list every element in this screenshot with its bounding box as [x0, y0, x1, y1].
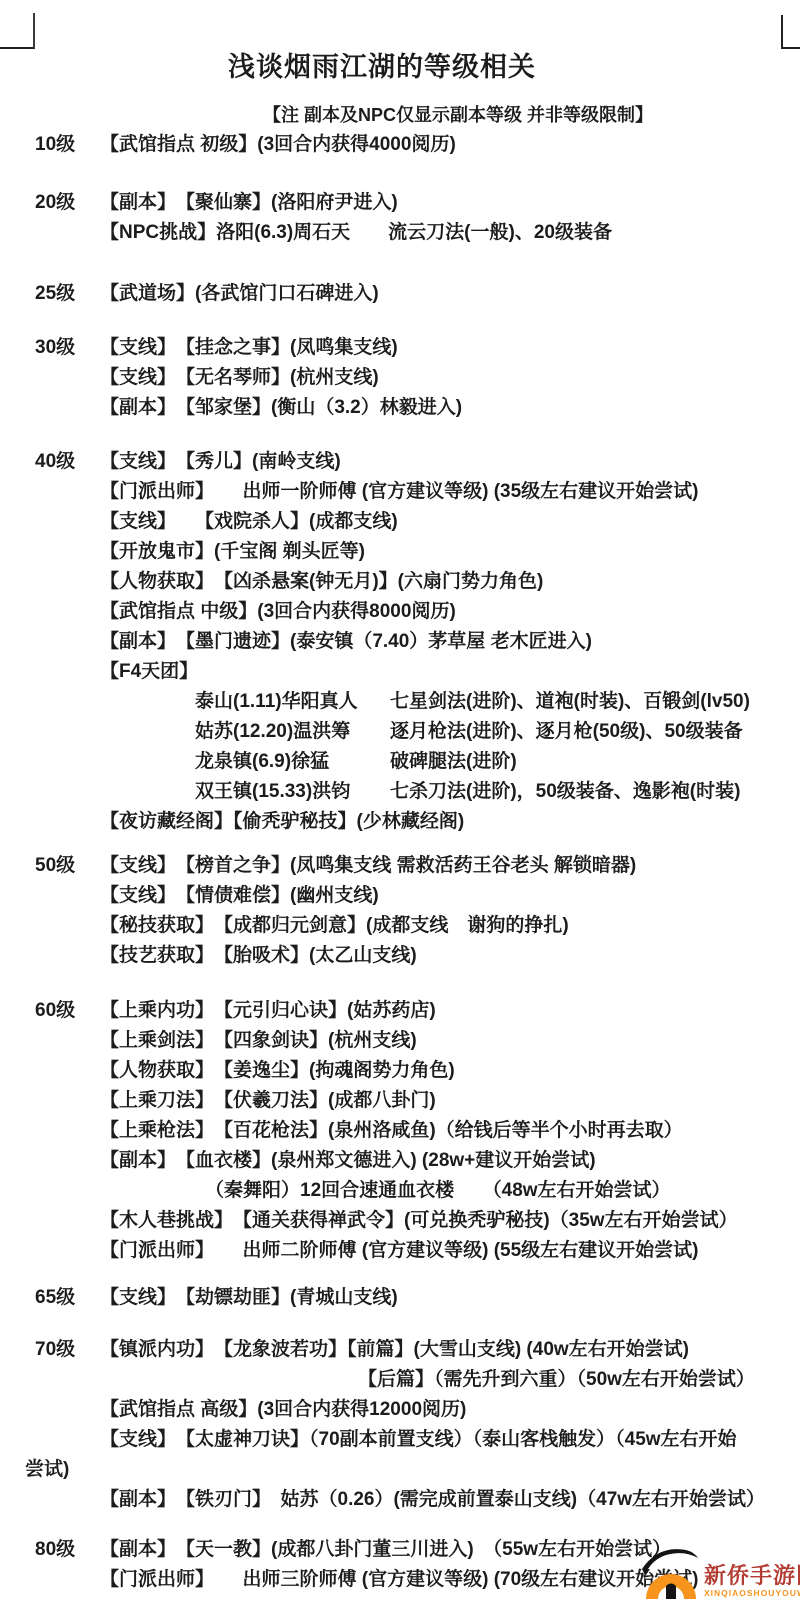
npc-rewards: 七星剑法(进阶)、道袍(时装)、百锻剑(lv50): [390, 691, 750, 712]
site-name-latin: XINQIAOSHOUYOUWANG: [704, 1588, 800, 1598]
entry-text: 【副本】 【血衣楼】(泉州郑文德进入) (28w+建议开始尝试): [100, 1146, 800, 1176]
level-section-30: 30级 【支线】 【挂念之事】(凤鸣集支线) 【支线】 【无名琴师】(杭州支线)…: [0, 333, 800, 423]
entry-row: 【门派出师】 出师二阶师傅 (官方建议等级) (55级左右建议开始尝试): [0, 1236, 800, 1266]
level-section-40: 40级 【支线】 【秀儿】(南岭支线) 【门派出师】 出师一阶师傅 (官方建议等…: [0, 447, 800, 837]
site-name: 新侨手游网: [704, 1564, 800, 1588]
entry-text: 【副本】 【邹家堡】(衡山（3.2）林毅进入): [100, 393, 800, 423]
level-section-20: 20级 【副本】 【聚仙寨】(洛阳府尹进入) 【NPC挑战】洛阳(6.3)周石天…: [0, 188, 800, 248]
entry-text: 【副本】 【铁刃门】 姑苏（0.26）(需完成前置泰山支线)（47w左右开始尝试…: [100, 1485, 800, 1515]
entry-text: 【支线】 【太虚神刀诀】（70副本前置支线）（泰山客栈触发）（45w左右开始: [100, 1425, 800, 1455]
level-label: 40级: [35, 447, 100, 477]
level-label: 25级: [35, 279, 100, 309]
entry-row: 10级 【武馆指点 初级】(3回合内获得4000阅历): [0, 130, 800, 160]
entry-row: 【门派出师】 出师一阶师傅 (官方建议等级) (35级左右建议开始尝试): [0, 477, 800, 507]
page-title: 浅谈烟雨江湖的等级相关: [0, 50, 800, 84]
entry-text: 【F4天团】: [100, 657, 800, 687]
entry-row: 30级 【支线】 【挂念之事】(凤鸣集支线): [0, 333, 800, 363]
level-label: 20级: [35, 188, 100, 218]
entry-text: 【后篇】（需先升到六重）（50w左右开始尝试）: [100, 1365, 800, 1395]
entry-row: 50级 【支线】 【榜首之争】(凤鸣集支线 需救活药王谷老头 解锁暗器): [0, 851, 800, 881]
f4-member-row: 姑苏(12.20)温洪筹逐月枪法(进阶)、逐月枪(50级)、50级装备: [0, 717, 800, 747]
entry-row: 【武馆指点 中级】(3回合内获得8000阅历): [0, 597, 800, 627]
entry-text: 【人物获取】 【姜逸尘】(拘魂阁势力角色): [100, 1056, 800, 1086]
entry-text: 【人物获取】 【凶杀悬案(钟无月)】(六扇门势力角色): [100, 567, 800, 597]
npc-name: 双王镇(15.33)洪钧: [195, 777, 390, 807]
entry-row: 25级 【武道场】(各武馆门口石碑进入): [0, 279, 800, 309]
entry-text: 【门派出师】 出师一阶师傅 (官方建议等级) (35级左右建议开始尝试): [100, 477, 800, 507]
entry-row: 【F4天团】: [0, 657, 800, 687]
entry-row: 70级 【镇派内功】 【龙象波若功】【前篇】(大雪山支线) (40w左右开始尝试…: [0, 1335, 800, 1365]
entry-row: 【副本】 【铁刃门】 姑苏（0.26）(需完成前置泰山支线)（47w左右开始尝试…: [0, 1485, 800, 1515]
entry-text: 【技艺获取】 【胎吸术】(太乙山支线): [100, 941, 800, 971]
level-section-25: 25级 【武道场】(各武馆门口石碑进入): [0, 279, 800, 309]
f4-member-row: 双王镇(15.33)洪钧七杀刀法(进阶)，50级装备、逸影袍(时装): [0, 777, 800, 807]
entry-text: 【支线】 【无名琴师】(杭州支线): [100, 363, 800, 393]
entry-row-continuation: 【后篇】（需先升到六重）（50w左右开始尝试）: [0, 1365, 800, 1395]
entry-row: 60级 【上乘内功】 【元引归心诀】(姑苏药店): [0, 996, 800, 1026]
entry-row-wrap: 尝试): [0, 1455, 800, 1485]
entry-text: 【支线】 【戏院杀人】(成都支线): [100, 507, 800, 537]
entry-row: 【支线】 【太虚神刀诀】（70副本前置支线）（泰山客栈触发）（45w左右开始: [0, 1425, 800, 1455]
f4-member-row: 泰山(1.11)华阳真人七星剑法(进阶)、道袍(时装)、百锻剑(lv50): [0, 687, 800, 717]
f4-member-row: 龙泉镇(6.9)徐猛破碑腿法(进阶): [0, 747, 800, 777]
entry-row: 65级 【支线】 【劫镖劫匪】(青城山支线): [0, 1283, 800, 1313]
level-label: 30级: [35, 333, 100, 363]
entry-text: 【镇派内功】 【龙象波若功】【前篇】(大雪山支线) (40w左右开始尝试): [100, 1335, 800, 1365]
level-section-10: 10级 【武馆指点 初级】(3回合内获得4000阅历): [0, 130, 800, 160]
corner-crop-mark-left: [0, 13, 35, 49]
entry-text: 【支线】 【挂念之事】(凤鸣集支线): [100, 333, 800, 363]
entry-text: 【上乘枪法】 【百花枪法】(泉州洛咸鱼)（给钱后等半个小时再去取）: [100, 1116, 800, 1146]
npc-name: 龙泉镇(6.9)徐猛: [195, 747, 390, 777]
site-logo-icon: [642, 1543, 700, 1599]
note-line: 【注 副本及NPC仅显示副本等级 并非等级限制】: [0, 104, 800, 126]
npc-rewards: 七杀刀法(进阶)，50级装备、逸影袍(时装): [390, 781, 740, 802]
level-label: 60级: [35, 996, 100, 1026]
entry-row: 【夜访藏经阁】【偷秃驴秘技】(少林藏经阁): [0, 807, 800, 837]
entry-text: 【支线】 【榜首之争】(凤鸣集支线 需救活药王谷老头 解锁暗器): [100, 851, 800, 881]
site-watermark: 新侨手游网 XINQIAOSHOUYOUWANG: [642, 1543, 800, 1599]
entry-text: 【NPC挑战】洛阳(6.3)周石天 流云刀法(一般)、20级装备: [100, 218, 800, 248]
level-label: 10级: [35, 130, 100, 160]
npc-rewards: 破碑腿法(进阶): [390, 751, 517, 772]
entry-row: 【副本】 【邹家堡】(衡山（3.2）林毅进入): [0, 393, 800, 423]
entry-text: 【上乘刀法】 【伏羲刀法】(成都八卦门): [100, 1086, 800, 1116]
entry-text: 【支线】 【情债难偿】(幽州支线): [100, 881, 800, 911]
level-label: 80级: [35, 1535, 100, 1565]
npc-name: 泰山(1.11)华阳真人: [195, 687, 390, 717]
entry-text: 【上乘内功】 【元引归心诀】(姑苏药店): [100, 996, 800, 1026]
entry-text: 【秘技获取】 【成都归元剑意】(成都支线 谢狗的挣扎): [100, 911, 800, 941]
corner-crop-mark-right: [781, 15, 800, 49]
level-section-50: 50级 【支线】 【榜首之争】(凤鸣集支线 需救活药王谷老头 解锁暗器) 【支线…: [0, 851, 800, 971]
entry-text: 【门派出师】 出师二阶师傅 (官方建议等级) (55级左右建议开始尝试): [100, 1236, 800, 1266]
entry-text: 【副本】 【墨门遗迹】(泰安镇（7.40）茅草屋 老木匠进入): [100, 627, 800, 657]
entry-row: 【人物获取】 【姜逸尘】(拘魂阁势力角色): [0, 1056, 800, 1086]
entry-text: 【支线】 【秀儿】(南岭支线): [100, 447, 800, 477]
npc-name: 姑苏(12.20)温洪筹: [195, 717, 390, 747]
entry-text: 【武道场】(各武馆门口石碑进入): [100, 279, 800, 309]
entry-row: 20级 【副本】 【聚仙寨】(洛阳府尹进入): [0, 188, 800, 218]
entry-row: 【上乘刀法】 【伏羲刀法】(成都八卦门): [0, 1086, 800, 1116]
level-section-65: 65级 【支线】 【劫镖劫匪】(青城山支线): [0, 1283, 800, 1313]
entry-row: 【副本】 【血衣楼】(泉州郑文德进入) (28w+建议开始尝试): [0, 1146, 800, 1176]
entry-row: 【NPC挑战】洛阳(6.3)周石天 流云刀法(一般)、20级装备: [0, 218, 800, 248]
level-label: 50级: [35, 851, 100, 881]
npc-rewards: 逐月枪法(进阶)、逐月枪(50级)、50级装备: [390, 721, 743, 742]
entry-row-continuation: （秦舞阳）12回合速通血衣楼 （48w左右开始尝试）: [0, 1176, 800, 1206]
entry-row: 【木人巷挑战】 【通关获得禅武令】(可兑换秃驴秘技)（35w左右开始尝试）: [0, 1206, 800, 1236]
scanned-document-page: 浅谈烟雨江湖的等级相关 【注 副本及NPC仅显示副本等级 并非等级限制】 10级…: [0, 0, 800, 1600]
entry-text: 【木人巷挑战】 【通关获得禅武令】(可兑换秃驴秘技)（35w左右开始尝试）: [100, 1206, 800, 1236]
entry-text: 【武馆指点 初级】(3回合内获得4000阅历): [100, 130, 800, 160]
entry-text: 【副本】 【聚仙寨】(洛阳府尹进入): [100, 188, 800, 218]
level-section-60: 60级 【上乘内功】 【元引归心诀】(姑苏药店) 【上乘剑法】 【四象剑诀】(杭…: [0, 996, 800, 1266]
entry-row: 【秘技获取】 【成都归元剑意】(成都支线 谢狗的挣扎): [0, 911, 800, 941]
entry-text: 【武馆指点 高级】(3回合内获得12000阅历): [100, 1395, 800, 1425]
level-label: 70级: [35, 1335, 100, 1365]
entry-row: 【人物获取】 【凶杀悬案(钟无月)】(六扇门势力角色): [0, 567, 800, 597]
entry-text: 【支线】 【劫镖劫匪】(青城山支线): [100, 1283, 800, 1313]
entry-row: 【武馆指点 高级】(3回合内获得12000阅历): [0, 1395, 800, 1425]
level-label: 65级: [35, 1283, 100, 1313]
entry-text: 尝试): [25, 1455, 800, 1485]
entry-row: 【副本】 【墨门遗迹】(泰安镇（7.40）茅草屋 老木匠进入): [0, 627, 800, 657]
entry-row: 【支线】 【无名琴师】(杭州支线): [0, 363, 800, 393]
entry-text: 【武馆指点 中级】(3回合内获得8000阅历): [100, 597, 800, 627]
entry-row: 【支线】 【戏院杀人】(成都支线): [0, 507, 800, 537]
level-section-70: 70级 【镇派内功】 【龙象波若功】【前篇】(大雪山支线) (40w左右开始尝试…: [0, 1335, 800, 1515]
entry-row: 【上乘枪法】 【百花枪法】(泉州洛咸鱼)（给钱后等半个小时再去取）: [0, 1116, 800, 1146]
entry-row: 【技艺获取】 【胎吸术】(太乙山支线): [0, 941, 800, 971]
entry-text: 【开放鬼市】(千宝阁 剃头匠等): [100, 537, 800, 567]
entry-text: （秦舞阳）12回合速通血衣楼 （48w左右开始尝试）: [100, 1176, 800, 1206]
entry-row: 40级 【支线】 【秀儿】(南岭支线): [0, 447, 800, 477]
entry-text: 【上乘剑法】 【四象剑诀】(杭州支线): [100, 1026, 800, 1056]
entry-row: 【开放鬼市】(千宝阁 剃头匠等): [0, 537, 800, 567]
entry-row: 【支线】 【情债难偿】(幽州支线): [0, 881, 800, 911]
entry-row: 【上乘剑法】 【四象剑诀】(杭州支线): [0, 1026, 800, 1056]
entry-text: 【夜访藏经阁】【偷秃驴秘技】(少林藏经阁): [100, 807, 800, 837]
